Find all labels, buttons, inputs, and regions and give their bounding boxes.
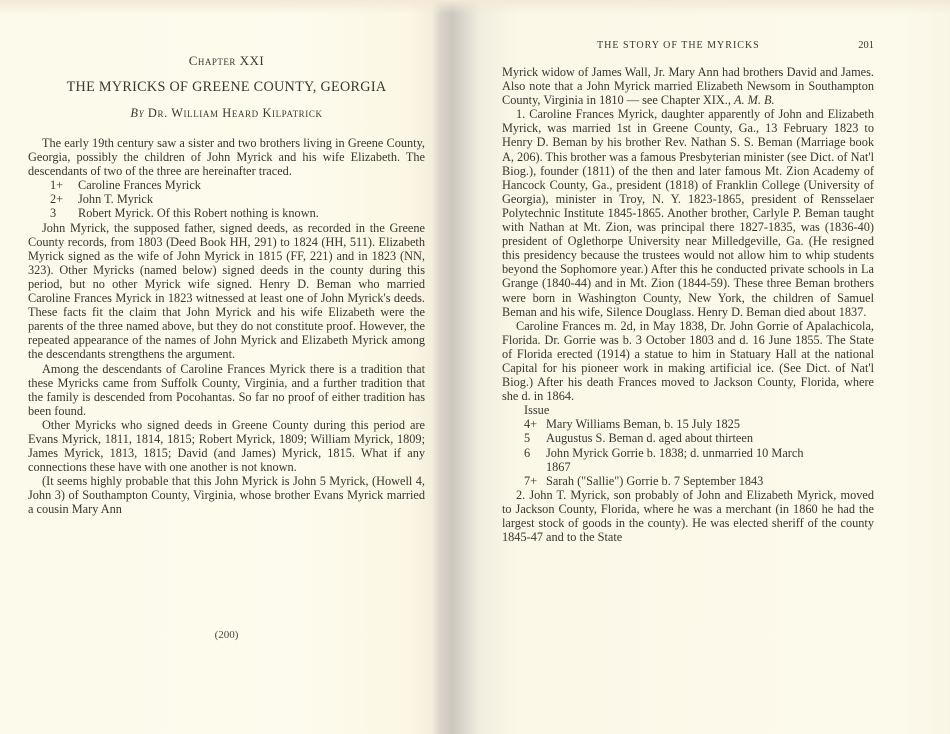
issue-number: 7+ xyxy=(524,474,546,488)
issue-list-item: 6 John Myrick Gorrie b. 1838; d. unmarri… xyxy=(502,446,874,460)
page-number-right: 201 xyxy=(858,40,874,51)
issue-number: 4+ xyxy=(524,417,546,431)
child-list-item: 2+ John T. Myrick xyxy=(28,192,425,206)
body-paragraph: Caroline Frances m. 2d, in May 1838, Dr.… xyxy=(502,319,874,404)
issue-text: Mary Williams Beman, b. 15 July 1825 xyxy=(546,417,874,431)
issue-list-item: 4+ Mary Williams Beman, b. 15 July 1825 xyxy=(502,417,874,431)
byline-author: Dr. William Heard Kilpatrick xyxy=(148,106,323,120)
issue-list-item: 7+ Sarah ("Sallie") Gorrie b. 7 Septembe… xyxy=(502,474,874,488)
author-initials: A. M. B. xyxy=(734,93,775,107)
child-number: 2+ xyxy=(50,192,78,206)
issue-text: Augustus S. Beman d. aged about thirteen xyxy=(546,431,874,445)
child-list-item: 1+ Caroline Frances Myrick xyxy=(28,178,425,192)
child-number: 3 xyxy=(50,206,78,220)
issue-number: 6 xyxy=(524,446,546,460)
byline: By Dr. William Heard Kilpatrick xyxy=(28,106,425,121)
body-paragraph: 1. Caroline Frances Myrick, daughter app… xyxy=(502,107,874,318)
child-number: 1+ xyxy=(50,178,78,192)
body-paragraph: 2. John T. Myrick, son probably of John … xyxy=(502,488,874,544)
left-body-text: The early 19th century saw a sister and … xyxy=(28,136,425,517)
child-name: John T. Myrick xyxy=(78,192,425,206)
issue-heading: Issue xyxy=(502,403,874,417)
child-list-item: 3 Robert Myrick. Of this Robert nothing … xyxy=(28,206,425,220)
right-body-text: Myrick widow of James Wall, Jr. Mary Ann… xyxy=(502,65,874,544)
body-paragraph: John Myrick, the supposed father, signed… xyxy=(28,221,425,362)
chapter-label: Chapter XXI xyxy=(28,53,425,69)
body-paragraph: (It seems highly probable that this John… xyxy=(28,474,425,516)
running-head-title: THE STORY OF THE MYRICKS xyxy=(597,40,760,51)
child-name: Caroline Frances Myrick xyxy=(78,178,425,192)
issue-continuation: 1867 xyxy=(502,460,874,474)
issue-text: Sarah ("Sallie") Gorrie b. 7 September 1… xyxy=(546,474,874,488)
issue-text: John Myrick Gorrie b. 1838; d. unmarried… xyxy=(546,446,874,460)
chapter-title: THE MYRICKS OF GREENE COUNTY, GEORGIA xyxy=(28,79,425,96)
intro-paragraph: The early 19th century saw a sister and … xyxy=(28,136,425,178)
issue-number: 5 xyxy=(524,431,546,445)
body-paragraph: Among the descendants of Caroline France… xyxy=(28,362,425,418)
right-page: THE STORY OF THE MYRICKS 201 Myrick wido… xyxy=(502,0,874,734)
continuation-paragraph: Myrick widow of James Wall, Jr. Mary Ann… xyxy=(502,65,874,107)
page-number-left: (200) xyxy=(28,629,425,641)
child-name: Robert Myrick. Of this Robert nothing is… xyxy=(78,206,425,220)
issue-list-item: 5 Augustus S. Beman d. aged about thirte… xyxy=(502,431,874,445)
body-paragraph: Other Myricks who signed deeds in Greene… xyxy=(28,418,425,474)
byline-prefix: By xyxy=(130,106,144,120)
continuation-text: Myrick widow of James Wall, Jr. Mary Ann… xyxy=(502,65,874,107)
left-page: Chapter XXI THE MYRICKS OF GREENE COUNTY… xyxy=(28,0,425,734)
